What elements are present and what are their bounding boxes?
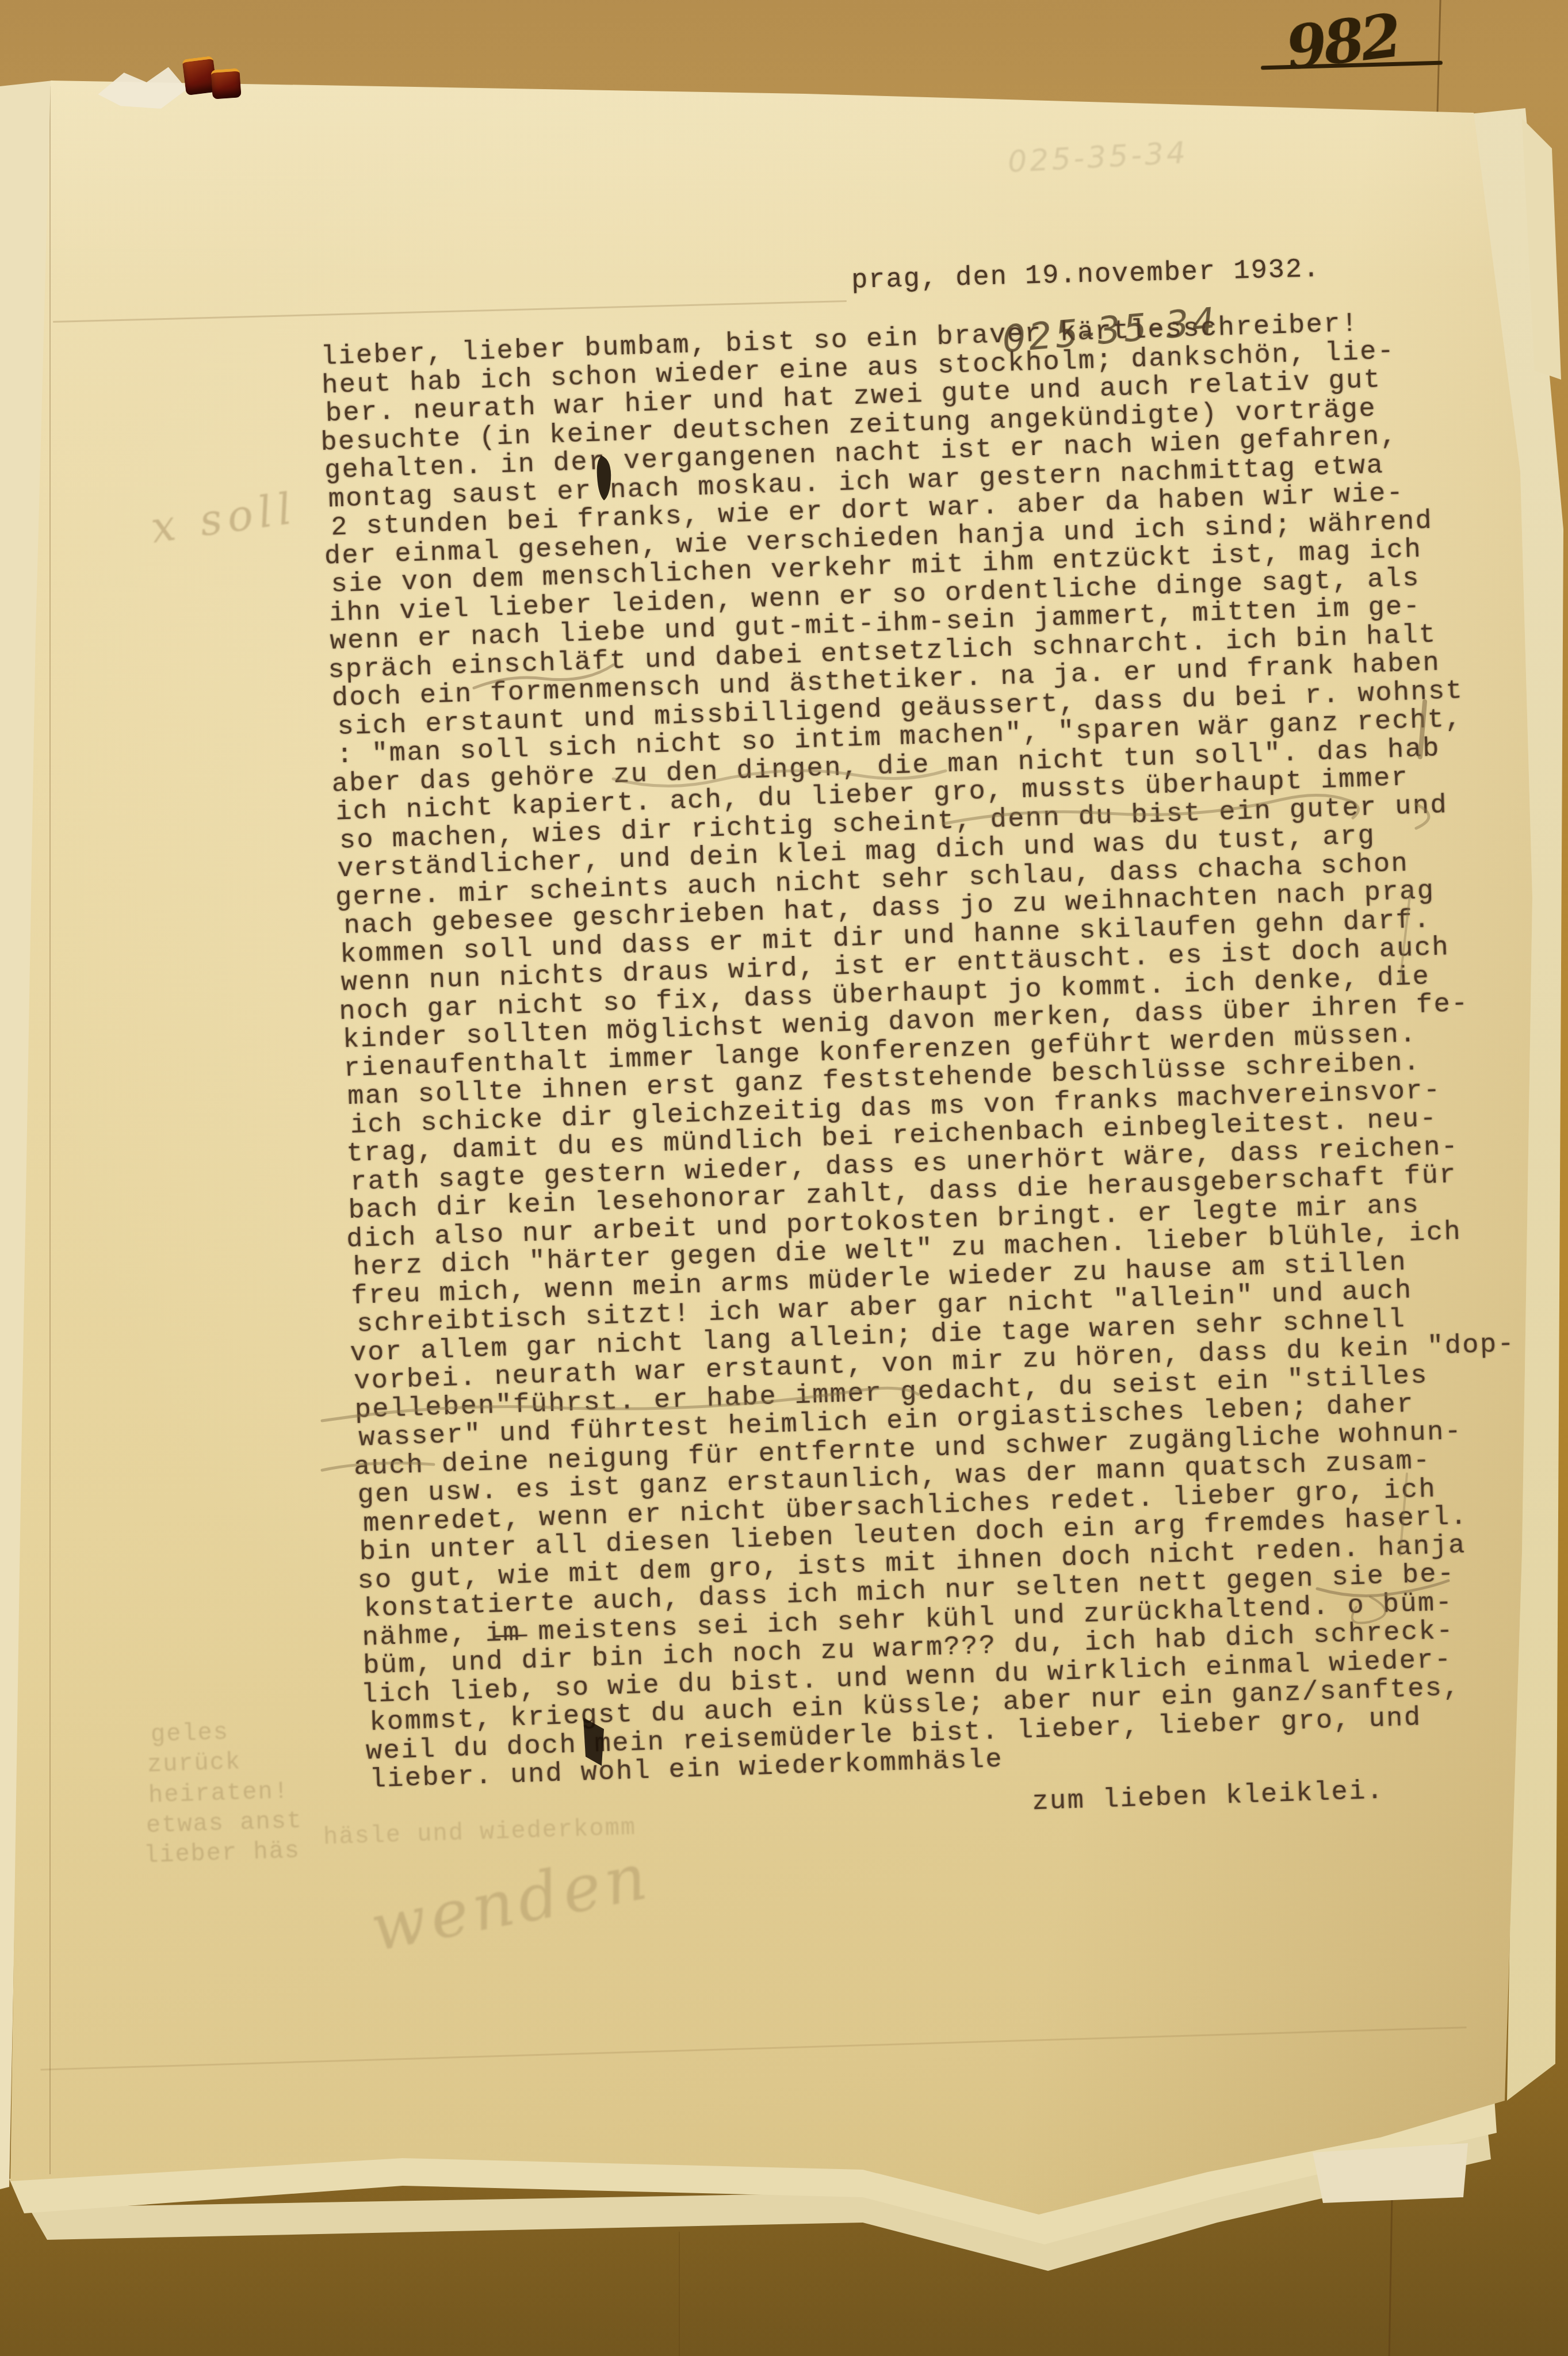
bleedthrough-fragment: heiraten!: [148, 1777, 289, 1810]
photo-scene: 982 025-35-34 prag, den 19.november 1932…: [0, 0, 1568, 2356]
typed-body: lieber, lieber bumbam, bist so ein brave…: [320, 305, 1565, 1838]
paper-crease: [49, 86, 51, 2174]
table-seam: [679, 2232, 680, 2356]
bleedthrough-fragment: etwas anst: [146, 1807, 303, 1840]
paper-crease: [41, 2026, 1467, 2071]
bleedthrough-fragment: lieber häs: [143, 1837, 300, 1870]
table-seam: [1436, 0, 1441, 115]
typed-lines: lieber, lieber bumbam, bist so ein brave…: [320, 305, 1563, 1795]
ink-scribble-number: 982: [1282, 2, 1402, 84]
paper-crease: [53, 300, 847, 323]
bleedthrough-fragment: zurück: [147, 1748, 242, 1779]
red-fastener-tab-2: [211, 68, 241, 99]
bleedthrough-fragment: geles: [150, 1719, 229, 1749]
